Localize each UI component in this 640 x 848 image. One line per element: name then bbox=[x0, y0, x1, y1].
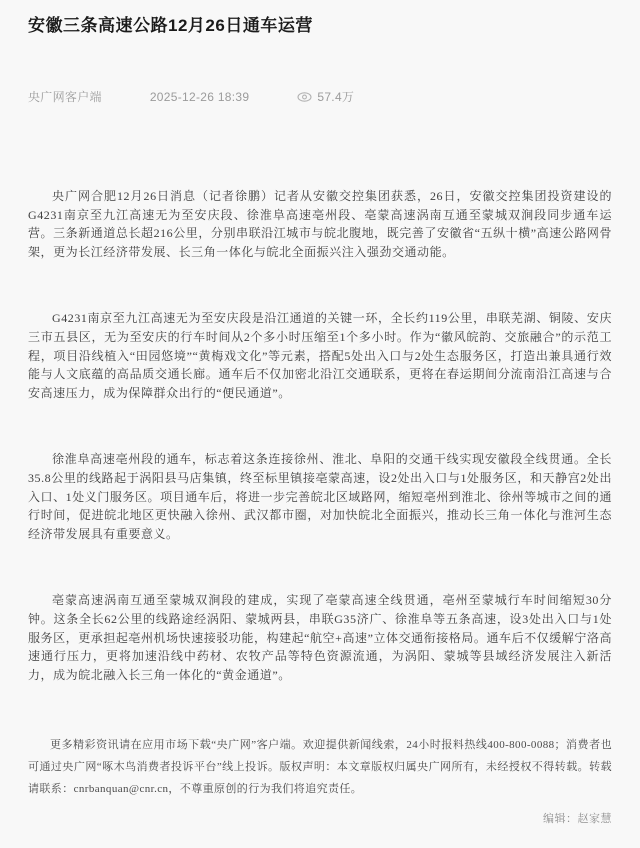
source-label[interactable]: 央广网客户端 bbox=[28, 88, 102, 105]
article-body: 央广网合肥12月26日消息（记者徐鹏）记者从安徽交控集团获悉，26日，安徽交控集… bbox=[28, 187, 612, 684]
article-paragraph: 央广网合肥12月26日消息（记者徐鹏）记者从安徽交控集团获悉，26日，安徽交控集… bbox=[28, 187, 612, 261]
article-page: 安徽三条高速公路12月26日通车运营 央广网客户端 2025-12-26 18:… bbox=[0, 0, 640, 848]
article-paragraph: G4231南京至九江高速无为至安庆段是沿江通道的关键一环，全长约119公里，串联… bbox=[28, 309, 612, 402]
page-title: 安徽三条高速公路12月26日通车运营 bbox=[28, 14, 612, 38]
article-paragraph: 徐淮阜高速亳州段的通车，标志着这条连接徐州、淮北、阜阳的交通干线实现安徽段全线贯… bbox=[28, 450, 612, 543]
article-meta: 央广网客户端 2025-12-26 18:39 57.4万 bbox=[28, 88, 612, 105]
eye-icon bbox=[297, 91, 312, 103]
article-footer: 更多精彩资讯请在应用市场下载“央广网”客户端。欢迎提供新闻线索，24小时报料热线… bbox=[28, 734, 612, 826]
editor-credit: 编辑：赵家慧 bbox=[28, 810, 612, 826]
view-count-value: 57.4万 bbox=[317, 88, 354, 105]
view-count: 57.4万 bbox=[297, 88, 354, 105]
copyright-notice: 更多精彩资讯请在应用市场下载“央广网”客户端。欢迎提供新闻线索，24小时报料热线… bbox=[28, 734, 612, 800]
article-paragraph: 亳蒙高速涡南互通至蒙城双涧段的建成，实现了亳蒙高速全线贯通，亳州至蒙城行车时间缩… bbox=[28, 591, 612, 684]
publish-datetime: 2025-12-26 18:39 bbox=[150, 90, 250, 104]
